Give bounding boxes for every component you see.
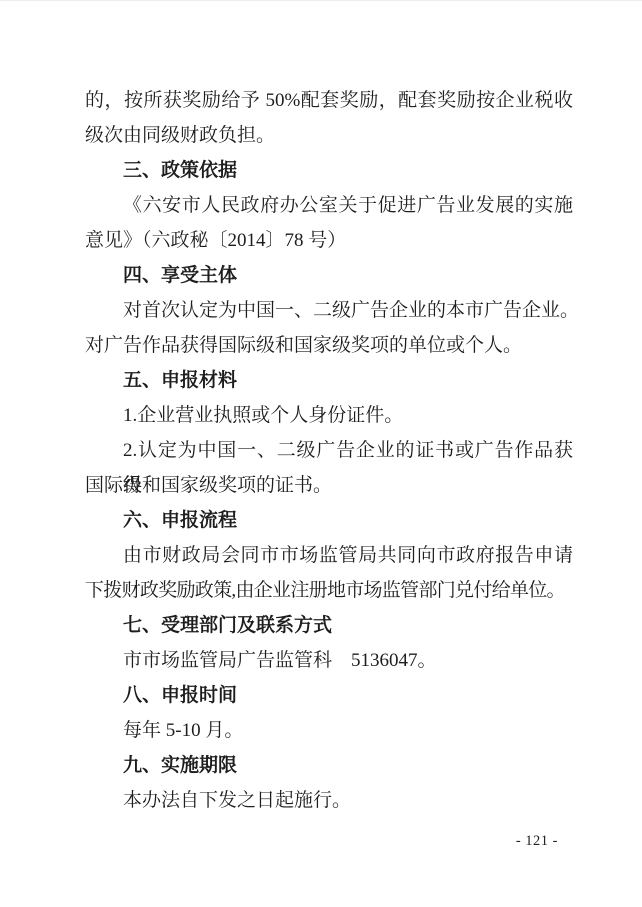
section-heading: 六、申报流程: [85, 503, 573, 538]
paragraph-line: 意见》（六政秘〔2014〕78 号）: [85, 223, 573, 258]
paragraph-line: 对首次认定为中国一、二级广告企业的本市广告企业。: [85, 293, 573, 328]
paragraph-line: 2.认定为中国一、二级广告企业的证书或广告作品获得: [85, 433, 573, 468]
section-heading: 四、享受主体: [85, 258, 573, 293]
paragraph-line: 本办法自下发之日起施行。: [85, 783, 573, 818]
paragraph-line: 级次由同级财政负担。: [85, 118, 573, 153]
section-heading: 七、受理部门及联系方式: [85, 608, 573, 643]
paragraph-line: 市市场监管局广告监管科 5136047。: [85, 643, 573, 678]
paragraph-line: 国际级和国家级奖项的证书。: [85, 468, 573, 503]
section-heading: 九、实施期限: [85, 748, 573, 783]
paragraph-line: 对广告作品获得国际级和国家级奖项的单位或个人。: [85, 328, 573, 363]
document-page: 的，按所获奖励给予 50%配套奖励，配套奖励按企业税收 级次由同级财政负担。 三…: [0, 0, 642, 907]
paragraph-line: 由市财政局会同市市场监管局共同向市政府报告申请: [85, 538, 573, 573]
paragraph-line: 下拨财政奖励政策,由企业注册地市场监管部门兑付给单位。: [85, 573, 573, 608]
paragraph-line: 《六安市人民政府办公室关于促进广告业发展的实施: [85, 188, 573, 223]
paragraph-line: 的，按所获奖励给予 50%配套奖励，配套奖励按企业税收: [85, 83, 573, 118]
paragraph-line: 1.企业营业执照或个人身份证件。: [85, 398, 573, 433]
document-body: 的，按所获奖励给予 50%配套奖励，配套奖励按企业税收 级次由同级财政负担。 三…: [85, 83, 573, 818]
section-heading: 五、申报材料: [85, 363, 573, 398]
section-heading: 八、申报时间: [85, 678, 573, 713]
paragraph-line: 每年 5-10 月。: [85, 713, 573, 748]
section-heading: 三、政策依据: [85, 153, 573, 188]
page-number: - 121 -: [516, 833, 558, 850]
